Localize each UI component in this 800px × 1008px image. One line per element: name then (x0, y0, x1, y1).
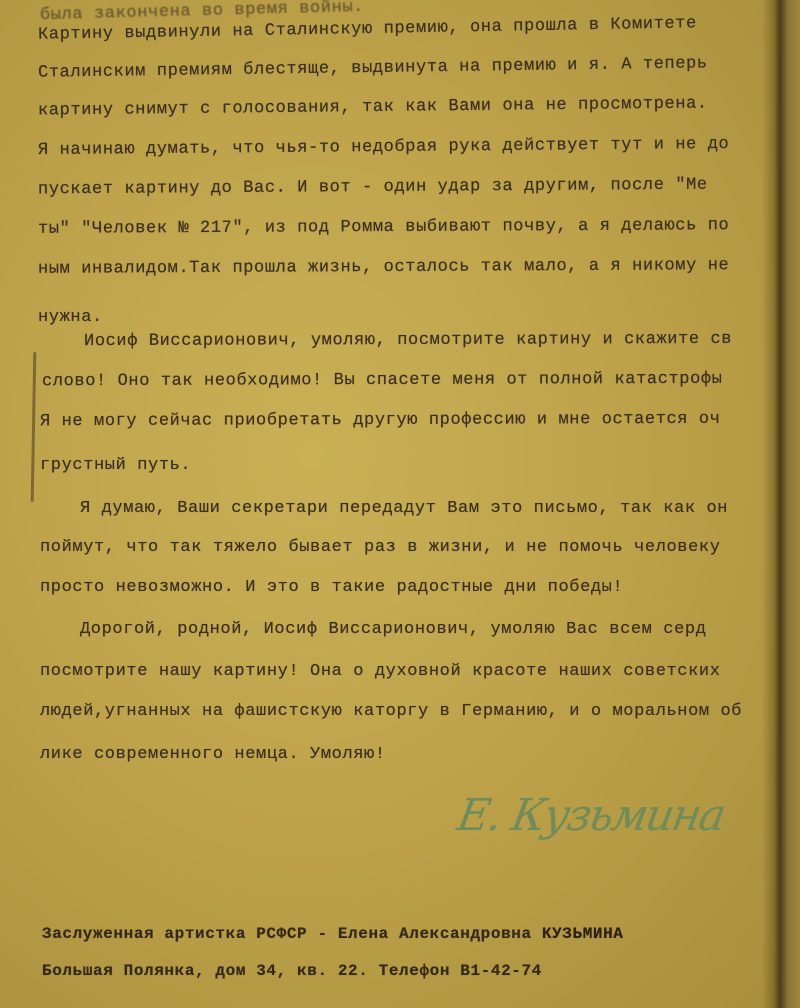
margin-pencil-mark (31, 352, 37, 502)
text-line-6: пускает картину до Вас. И вот - один уда… (38, 176, 708, 200)
adjacent-page-edge (780, 0, 800, 1008)
text-line-5: Я начинаю думать, что чья-то недобрая ру… (38, 135, 729, 160)
footer-address-line: Большая Полянка, дом 34, кв. 22. Телефон… (42, 962, 542, 980)
footer-author-title: Заслуженная артистка РСФСР - Елена Алекс… (42, 925, 542, 943)
text-line-13: грустный путь. (40, 456, 191, 475)
text-line-18: посмотрите нашу картину! Она о духовной … (40, 662, 721, 681)
text-line-19: людей,угнанных на фашистскую каторгу в Г… (40, 702, 742, 721)
text-line-10: Иосиф Виссарионович, умоляю, посмотрите … (84, 330, 732, 351)
text-line-17: Дорогой, родной, Иосиф Виссарионович, ум… (80, 620, 707, 639)
text-line-9: нужна. (38, 308, 103, 327)
text-line-8: ным инвалидом.Так прошла жизнь, осталось… (38, 256, 729, 279)
text-line-7: ты" "Человек № 217", из под Ромма выбива… (38, 216, 729, 239)
letter-page: была закончена во время войны. Картину в… (0, 0, 778, 1008)
text-line-15: поймут, что так тяжело бывает раз в жизн… (40, 538, 721, 557)
text-line-3: Сталинским премиям блестяще, выдвинута н… (38, 54, 708, 82)
text-line-4: картину снимут с голосования, так как Ва… (38, 94, 708, 120)
text-line-16: просто невозможно. И это в такие радостн… (40, 578, 623, 597)
text-line-11: слово! Оно так необходимо! Вы спасете ме… (42, 370, 723, 391)
text-line-14: Я думаю, Ваши секретари передадут Вам эт… (80, 499, 728, 518)
binding-shadow (762, 0, 782, 1008)
footer-author-surname: КУЗЬМИНА (542, 925, 624, 943)
text-line-12: Я не могу сейчас приобретать другую проф… (40, 410, 721, 431)
text-line-20: лике современного немца. Умоляю! (40, 745, 386, 764)
footer-author-line: Заслуженная артистка РСФСР - Елена Алекс… (42, 925, 624, 943)
handwritten-signature: Е. Кузьмина (454, 790, 729, 841)
